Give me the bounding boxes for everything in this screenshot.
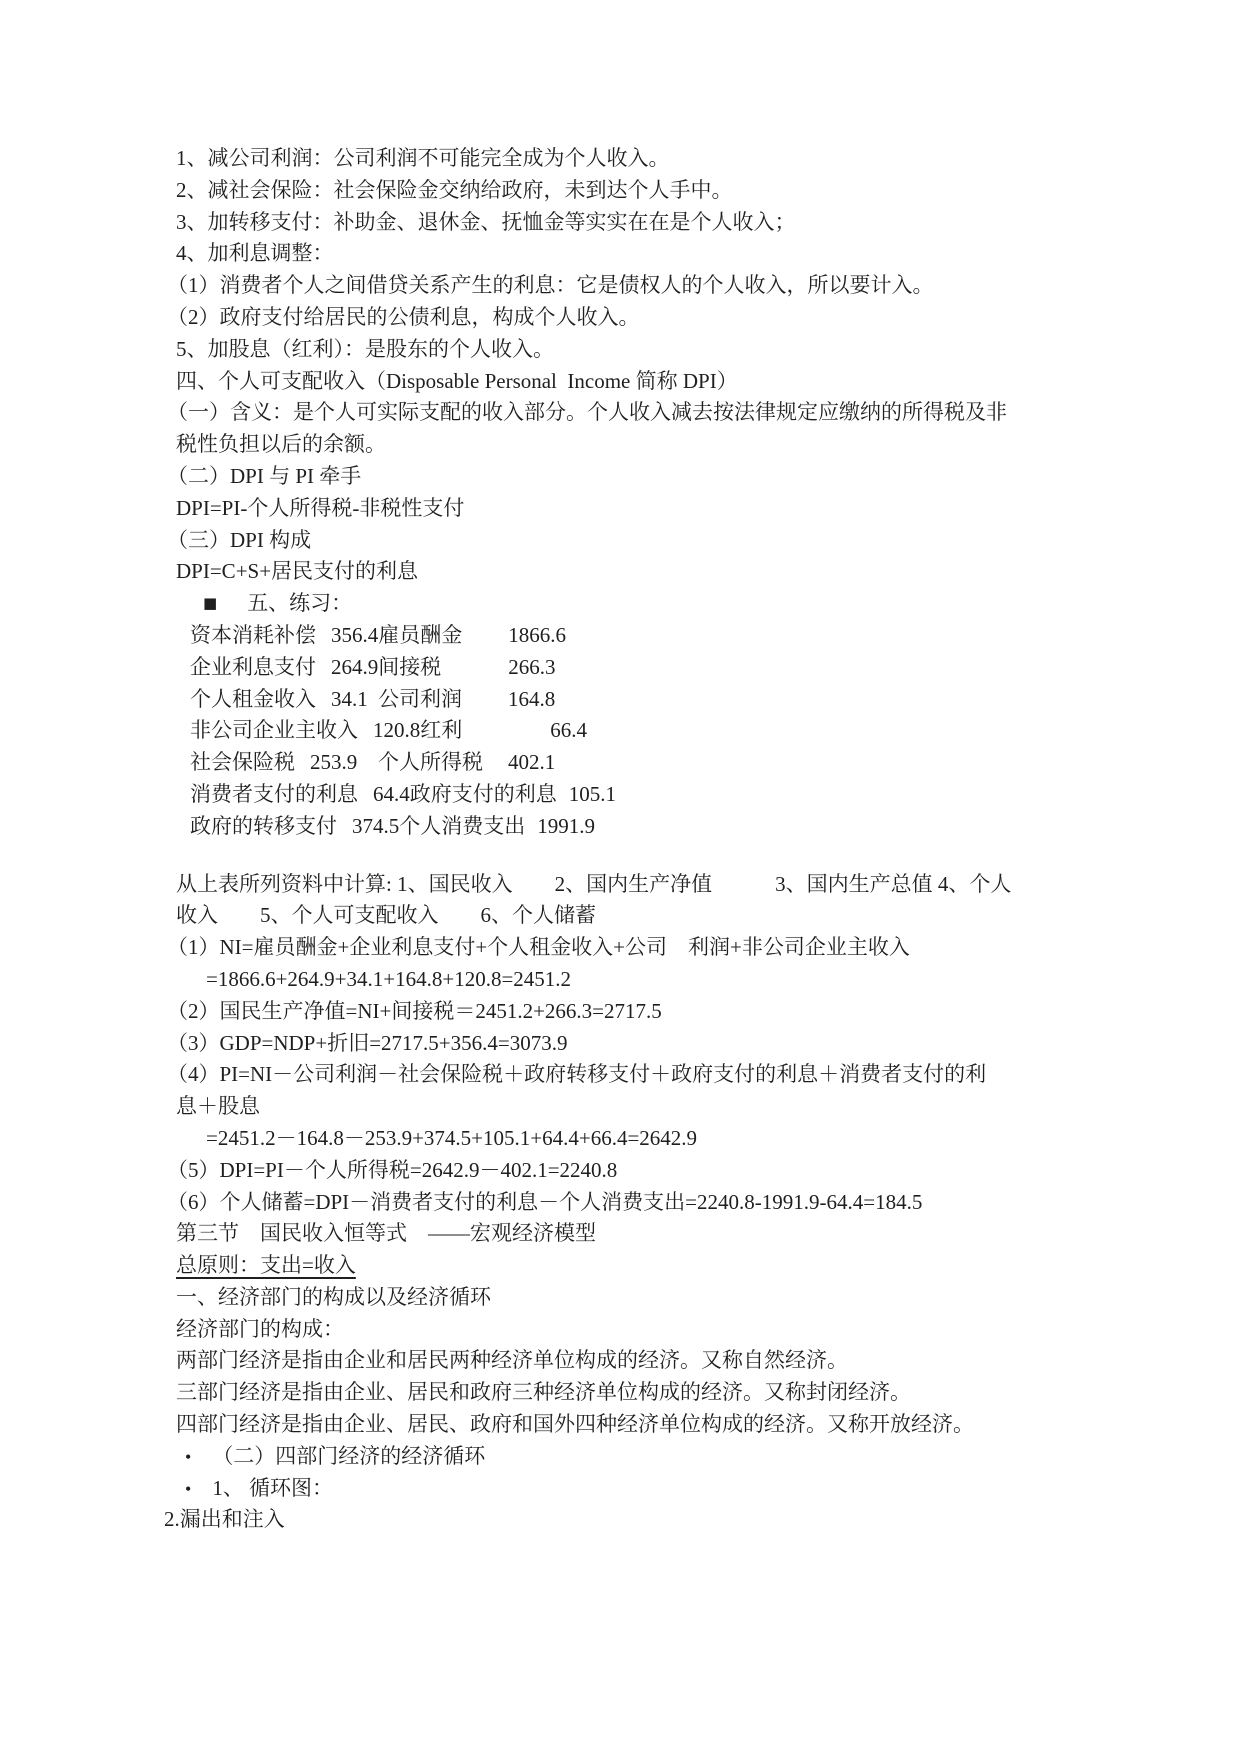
paragraph-line: 三部门经济是指由企业、居民和政府三种经济单位构成的经济。又称封闭经济。 [176, 1377, 1121, 1409]
document-page: 1、减公司利润：公司利润不可能完全成为个人收入。2、减社会保险：社会保险金交纳给… [0, 0, 1241, 1754]
practice-item-value: 402.1 [508, 750, 555, 774]
blank-line [176, 843, 1121, 869]
practice-item-value: 1866.6 [508, 623, 566, 647]
paragraph-line: （1）NI=雇员酬金+企业利息支付+个人租金收入+公司 利润+非公司企业主收入 [167, 932, 1121, 964]
practice-item-label: 雇员酬金 [378, 620, 496, 652]
paragraph-line: 2、减社会保险：社会保险金交纳给政府，未到达个人手中。 [176, 175, 1121, 207]
practice-table-row: 消费者支付的利息64.4政府支付的利息105.1 [176, 779, 1121, 811]
practice-pair: 社会保险税253.9 [190, 747, 378, 779]
bullet-item-text: 五、练习： [247, 591, 352, 615]
practice-item-value: 164.8 [508, 687, 555, 711]
bullet-list-item: •（二）四部门经济的经济循环 [176, 1441, 1121, 1473]
paragraph-line: 四、个人可支配收入（Disposable Personal Income 简称 … [176, 366, 1121, 398]
paragraph-line: DPI=C+S+居民支付的利息 [176, 556, 1121, 588]
practice-item-value: 66.4 [550, 718, 587, 742]
practice-pair: 消费者支付的利息64.4 [190, 779, 410, 811]
dot-bullet-icon: • [185, 1474, 191, 1506]
paragraph-line: （1）消费者个人之间借贷关系产生的利息：它是债权人的个人收入，所以要计入。 [167, 270, 1121, 302]
practice-item-label: 红利 [420, 715, 538, 747]
practice-pair: 雇员酬金1866.6 [378, 623, 566, 647]
paragraph-line: 第三节 国民收入恒等式 ——宏观经济模型 [176, 1218, 1121, 1250]
practice-item-value: 266.3 [508, 655, 555, 679]
paragraph-line: 一、经济部门的构成以及经济循环 [176, 1282, 1121, 1314]
practice-table-row: 非公司企业主收入120.8红利66.4 [176, 715, 1121, 747]
paragraph-line: 两部门经济是指由企业和居民两种经济单位构成的经济。又称自然经济。 [176, 1345, 1121, 1377]
paragraph-line: （2）国民生产净值=NI+间接税＝2451.2+266.3=2717.5 [167, 996, 1121, 1028]
paragraph-line: 4、加利息调整： [176, 238, 1121, 270]
practice-pair: 资本消耗补偿356.4 [190, 620, 378, 652]
paragraph-line: DPI=PI-个人所得税-非税性支付 [176, 493, 1121, 525]
practice-item-value: 64.4 [373, 782, 410, 806]
practice-pair: 个人所得税402.1 [378, 750, 555, 774]
practice-pair: 个人租金收入34.1 [190, 684, 378, 716]
paragraph-line: 5、加股息（红利）：是股东的个人收入。 [176, 334, 1121, 366]
practice-pair: 公司利润164.8 [378, 687, 555, 711]
practice-item-label: 政府的转移支付 [190, 814, 337, 838]
practice-pair: 红利66.4 [420, 718, 587, 742]
practice-item-label: 公司利润 [378, 684, 496, 716]
paragraph-line: 收入 5、个人可支配收入 6、个人储蓄 [176, 900, 1121, 932]
paragraph-line: （三）DPI 构成 [167, 525, 1121, 557]
practice-item-value: 120.8 [373, 718, 420, 742]
bullet-item-text: 1、 循环图： [212, 1476, 333, 1500]
practice-table-row: 企业利息支付264.9间接税266.3 [176, 652, 1121, 684]
practice-item-value: 253.9 [310, 750, 357, 774]
paragraph-line: 税性负担以后的余额。 [176, 429, 1121, 461]
paragraph-line: （一）含义：是个人可实际支配的收入部分。个人收入减去按法律规定应缴纳的所得税及非 [167, 397, 1121, 429]
paragraph-line: （6）个人储蓄=DPI－消费者支付的利息－个人消费支出=2240.8-1991.… [167, 1187, 1121, 1219]
practice-pair: 政府支付的利息105.1 [410, 782, 616, 806]
paragraph-line: （二）DPI 与 PI 牵手 [167, 461, 1121, 493]
paragraph-line: 四部门经济是指由企业、居民、政府和国外四种经济单位构成的经济。又称开放经济。 [176, 1409, 1121, 1441]
paragraph-line: 1、减公司利润：公司利润不可能完全成为个人收入。 [176, 143, 1121, 175]
practice-item-value: 264.9 [331, 655, 378, 679]
practice-pair: 非公司企业主收入120.8 [190, 715, 420, 747]
paragraph-line: 从上表所列资料中计算: 1、国民收入 2、国内生产净值 3、国内生产总值 4、个… [176, 869, 1121, 901]
paragraph-line: （3）GDP=NDP+折旧=2717.5+356.4=3073.9 [167, 1028, 1121, 1060]
practice-item-value: 374.5 [352, 814, 399, 838]
paragraph-line: 总原则：支出=收入 [176, 1250, 1121, 1282]
practice-item-label: 社会保险税 [190, 750, 295, 774]
practice-table-row: 社会保险税253.9个人所得税402.1 [176, 747, 1121, 779]
paragraph-line: =2451.2－164.8－253.9+374.5+105.1+64.4+66.… [176, 1123, 1121, 1155]
bullet-list-item: •1、 循环图： [176, 1473, 1121, 1505]
paragraph-line: （4）PI=NI－公司利润－社会保险税＋政府转移支付＋政府支付的利息＋消费者支付… [167, 1059, 1121, 1091]
paragraph-line: =1866.6+264.9+34.1+164.8+120.8=2451.2 [176, 964, 1121, 996]
practice-item-label: 企业利息支付 [190, 655, 316, 679]
practice-item-label: 个人所得税 [378, 747, 496, 779]
practice-item-label: 个人租金收入 [190, 687, 316, 711]
document-body: 1、减公司利润：公司利润不可能完全成为个人收入。2、减社会保险：社会保险金交纳给… [176, 143, 1121, 1536]
paragraph-line: （5）DPI=PI－个人所得税=2642.9－402.1=2240.8 [167, 1155, 1121, 1187]
paragraph-line: 经济部门的构成： [176, 1314, 1121, 1346]
bullet-item-text: （二）四部门经济的经济循环 [212, 1444, 485, 1468]
practice-pair: 政府的转移支付374.5 [190, 811, 399, 843]
square-bullet-icon: ■ [203, 588, 217, 620]
practice-item-label: 个人消费支出 [399, 811, 525, 843]
practice-item-value: 105.1 [569, 782, 616, 806]
paragraph-line: 2.漏出和注入 [164, 1504, 1121, 1536]
practice-item-label: 间接税 [378, 652, 496, 684]
practice-table-row: 政府的转移支付374.5个人消费支出1991.9 [176, 811, 1121, 843]
practice-item-label: 政府支付的利息 [410, 779, 557, 811]
practice-item-label: 资本消耗补偿 [190, 623, 316, 647]
practice-pair: 间接税266.3 [378, 655, 555, 679]
practice-table-row: 个人租金收入34.1公司利润164.8 [176, 684, 1121, 716]
paragraph-line: 3、加转移支付：补助金、退休金、抚恤金等实实在在是个人收入； [176, 207, 1121, 239]
practice-pair: 个人消费支出1991.9 [399, 814, 595, 838]
practice-item-value: 34.1 [331, 687, 368, 711]
practice-item-label: 消费者支付的利息 [190, 782, 358, 806]
practice-item-value: 356.4 [331, 623, 378, 647]
bullet-list-item: ■五、练习： [176, 588, 1121, 620]
practice-item-label: 非公司企业主收入 [190, 718, 358, 742]
practice-pair: 企业利息支付264.9 [190, 652, 378, 684]
practice-item-value: 1991.9 [537, 814, 595, 838]
paragraph-line: 息＋股息 [176, 1091, 1121, 1123]
paragraph-line: （2）政府支付给居民的公债利息，构成个人收入。 [167, 302, 1121, 334]
dot-bullet-icon: • [185, 1442, 191, 1474]
practice-table-row: 资本消耗补偿356.4雇员酬金1866.6 [176, 620, 1121, 652]
